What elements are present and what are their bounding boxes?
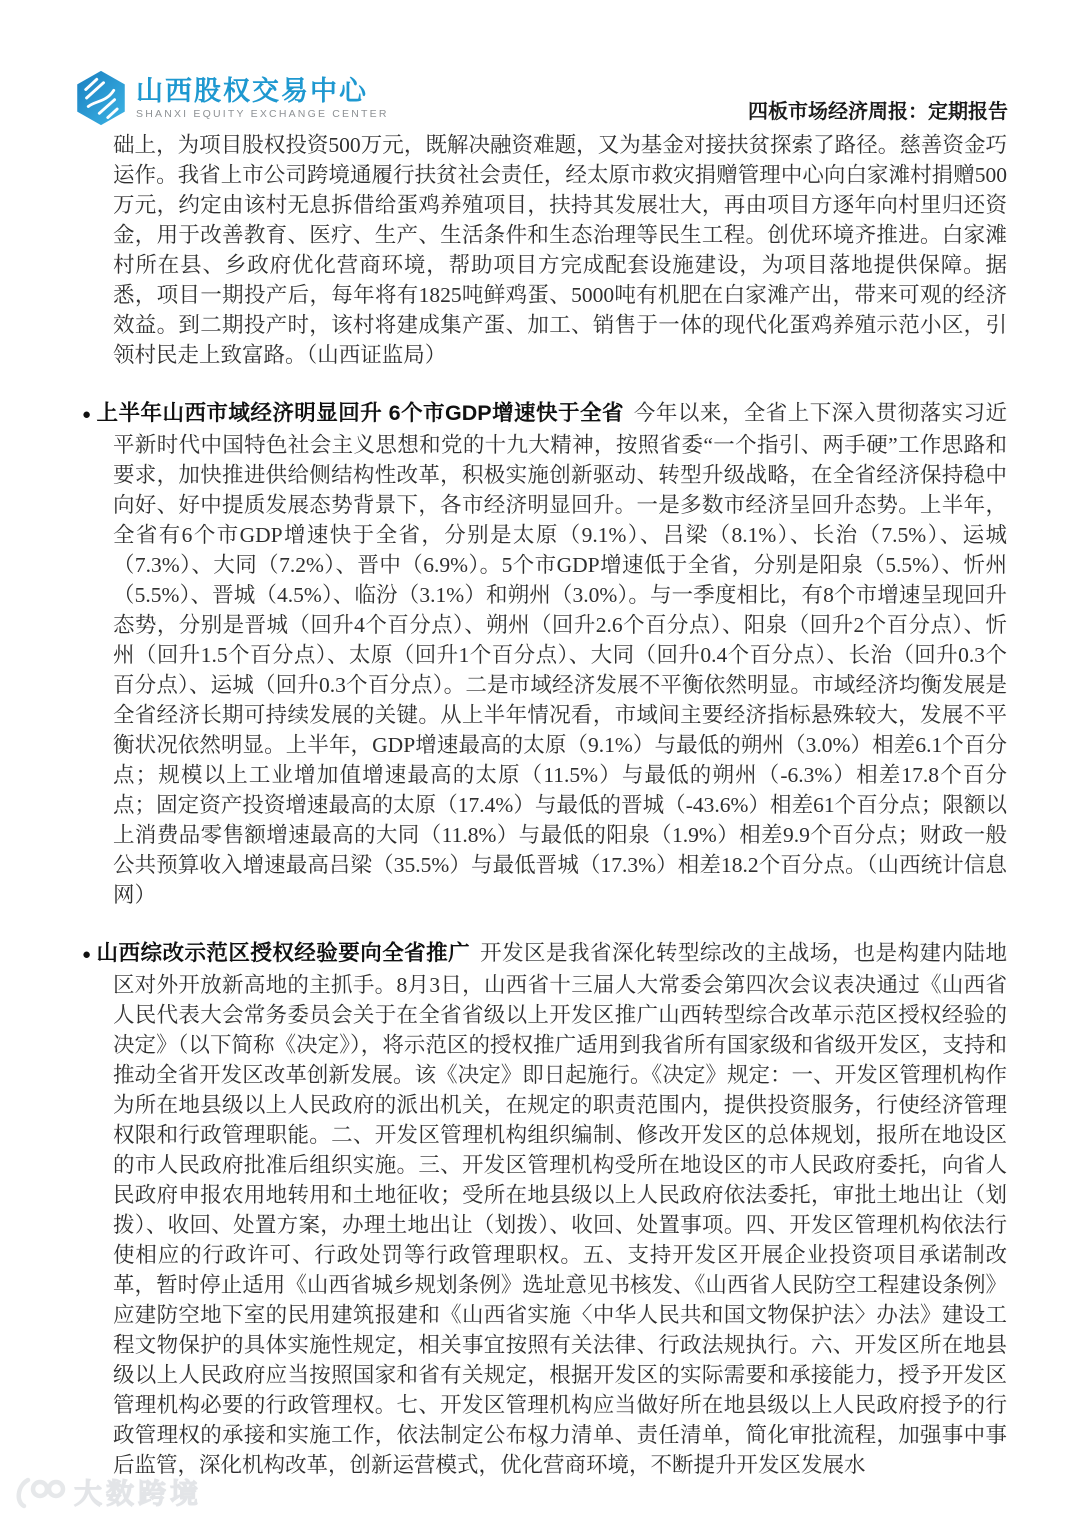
page-number: 5 bbox=[0, 1432, 1080, 1452]
logo: 山西股权交易中心 SHANXI EQUITY EXCHANGE CENTER bbox=[75, 70, 389, 126]
bullet-body-economy: 今年以来，全省上下深入贯彻落实习近平新时代中国特色社会主义思想和党的十九大精神，… bbox=[113, 401, 1007, 907]
report-body: 础上，为项目股权投资500万元，既解决融资难题，又为基金对接扶贫探索了路径。慈善… bbox=[113, 130, 1007, 1508]
bullet-heading-reform: 山西综改示范区授权经验要向全省推广 bbox=[97, 941, 471, 965]
bullet-item-reform: ●山西综改示范区授权经验要向全省推广开发区是我省深化转型综改的主战场，也是构建内… bbox=[113, 938, 1007, 1480]
bullet-dot-icon: ● bbox=[82, 947, 92, 963]
report-type-label: 四板市场经济周报：定期报告 bbox=[748, 95, 1008, 126]
page-header: 山西股权交易中心 SHANXI EQUITY EXCHANGE CENTER 四… bbox=[75, 72, 1008, 126]
logo-title: 山西股权交易中心 bbox=[136, 76, 389, 106]
continuation-paragraph: 础上，为项目股权投资500万元，既解决融资难题，又为基金对接扶贫探索了路径。慈善… bbox=[113, 130, 1007, 370]
report-page: 山西股权交易中心 SHANXI EQUITY EXCHANGE CENTER 四… bbox=[0, 0, 1080, 1526]
watermark: 大数跨境 bbox=[14, 1472, 202, 1512]
bullet-body-reform: 开发区是我省深化转型综改的主战场，也是构建内陆地区对外开放新高地的主抓手。8月3… bbox=[113, 941, 1007, 1477]
hexagon-logo-icon bbox=[75, 70, 127, 126]
bullet-heading-economy: 上半年山西市域经济明显回升 6个市GDP增速快于全省 bbox=[97, 401, 624, 425]
bullet-item-economy: ●上半年山西市域经济明显回升 6个市GDP增速快于全省今年以来，全省上下深入贯彻… bbox=[113, 398, 1007, 910]
logo-subtitle: SHANXI EQUITY EXCHANGE CENTER bbox=[136, 108, 389, 120]
bullet-dot-icon: ● bbox=[82, 407, 92, 423]
watermark-logo-icon bbox=[14, 1472, 66, 1512]
watermark-text: 大数跨境 bbox=[74, 1472, 202, 1512]
logo-text: 山西股权交易中心 SHANXI EQUITY EXCHANGE CENTER bbox=[136, 76, 389, 120]
